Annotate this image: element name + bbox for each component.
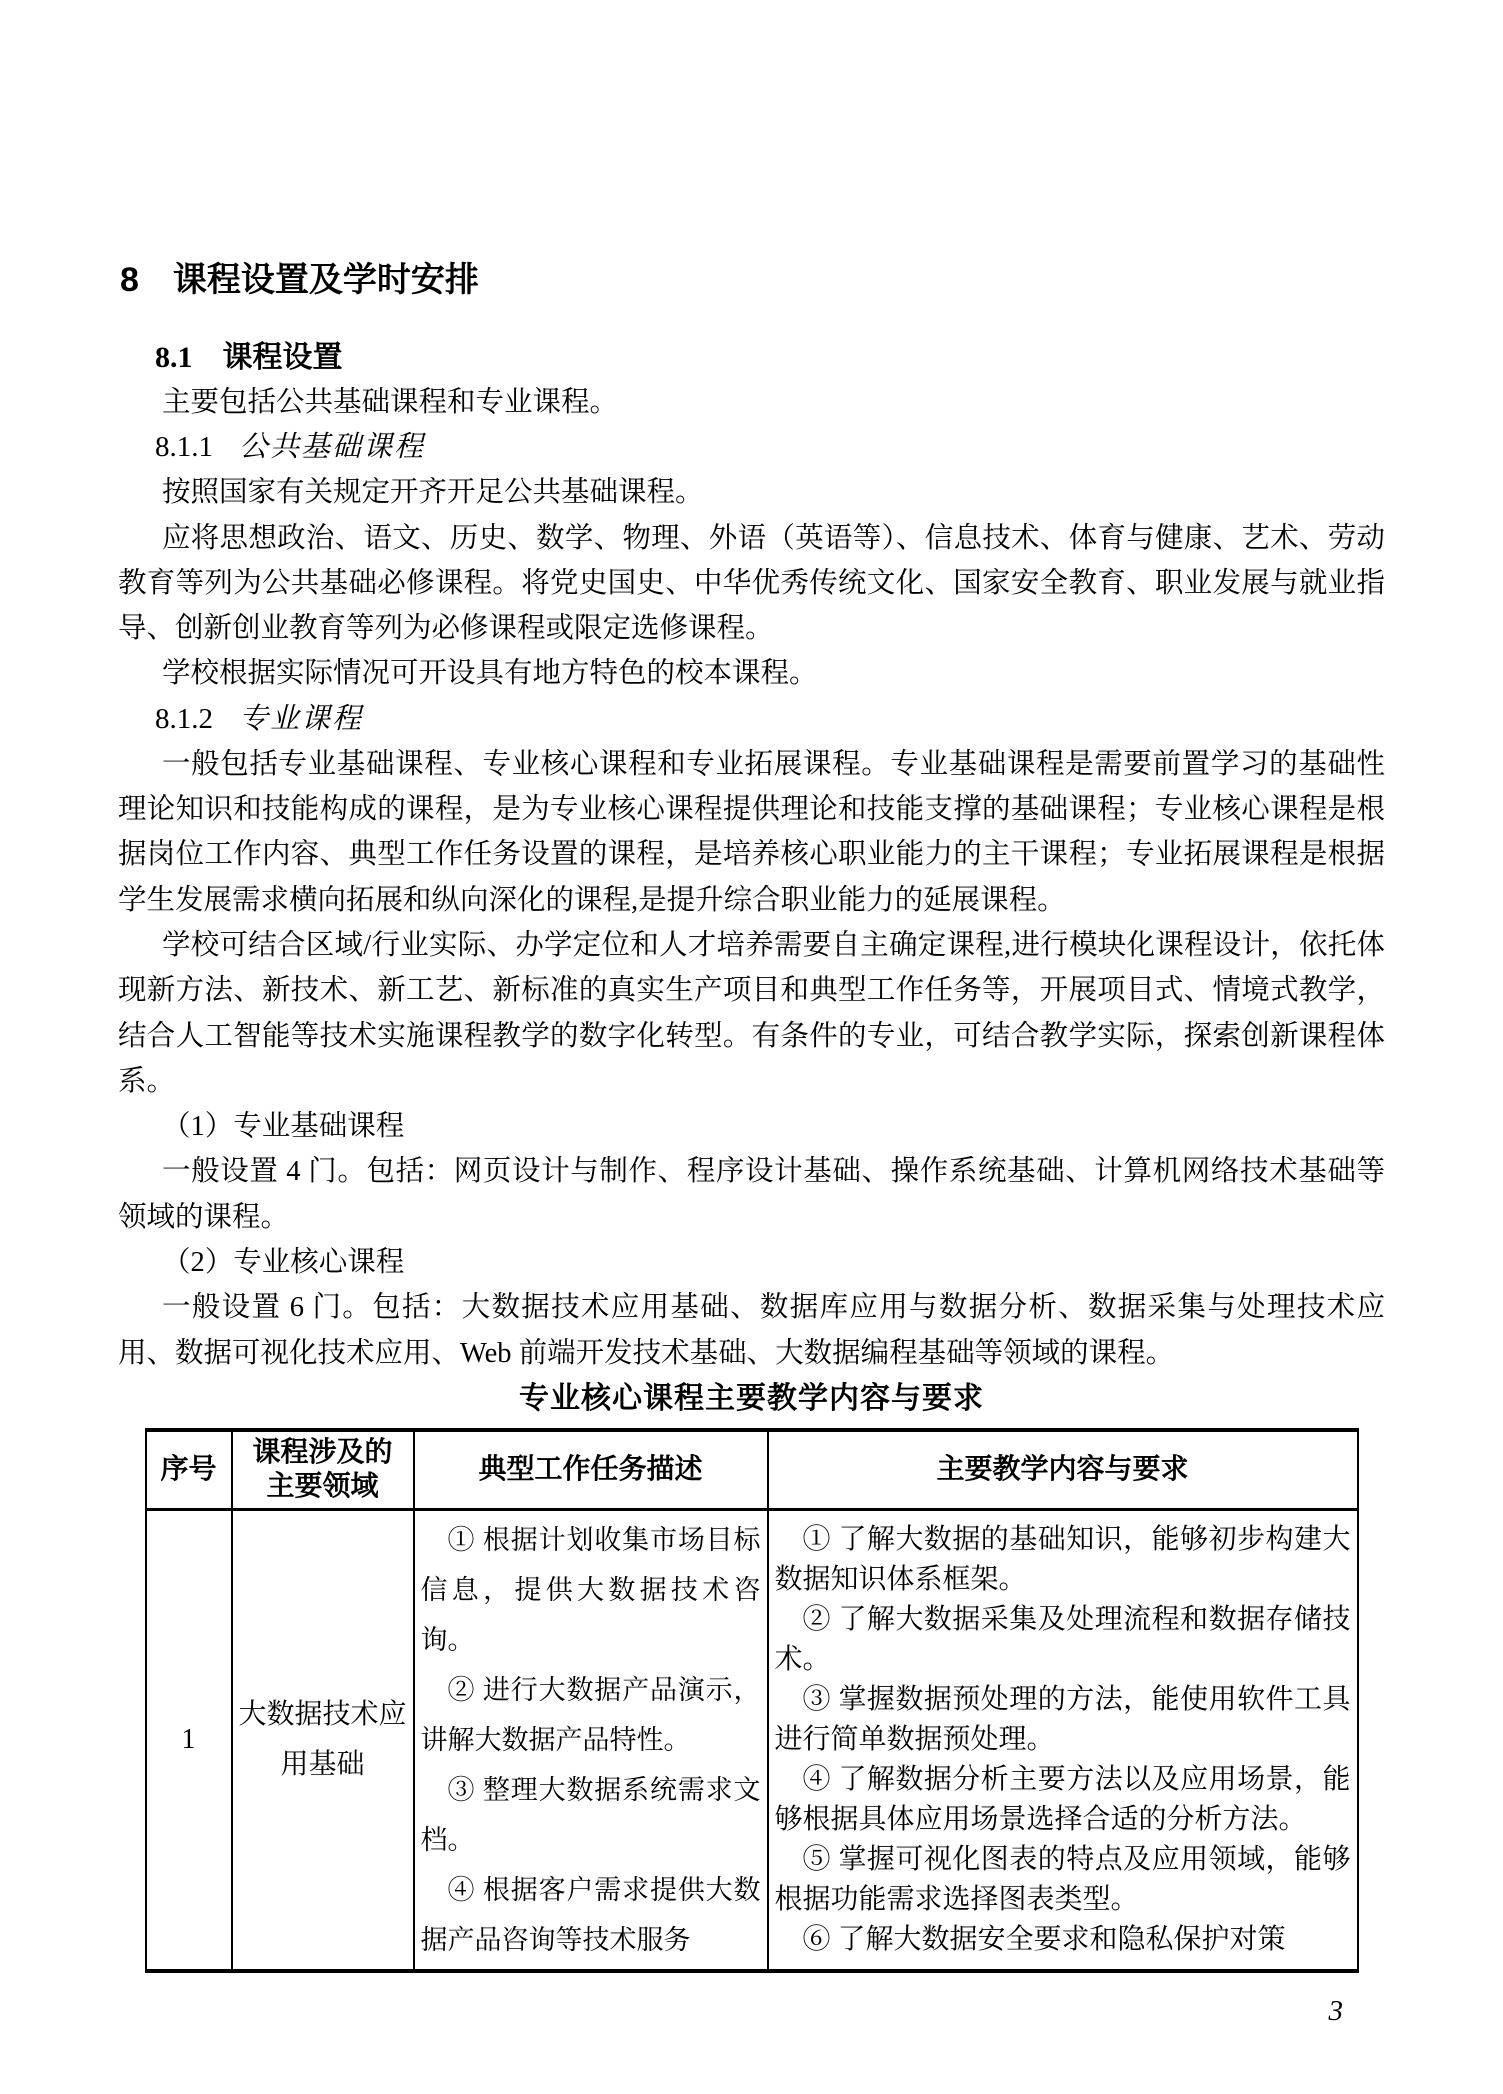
requirement-item: ⑥ 了解大数据安全要求和隐私保护对策 xyxy=(775,1920,1351,1960)
cell-tasks: ① 根据计划收集市场目标信息，提供大数据技术咨询。 ② 进行大数据产品演示，讲解… xyxy=(414,1509,768,1971)
paragraph-public-courses-3: 学校根据实际情况可开设具有地方特色的校本课程。 xyxy=(118,651,1385,696)
list-label-core-courses: （2）专业核心课程 xyxy=(118,1240,1385,1285)
paragraph-core-courses: 一般设置 6 门。包括：大数据技术应用基础、数据库应用与数据分析、数据采集与处理… xyxy=(118,1285,1385,1376)
paragraph-major-courses-2: 学校可结合区域/行业实际、办学定位和人才培养需要自主确定课程,进行模块化课程设计… xyxy=(118,923,1385,1104)
requirement-item: ⑤ 掌握可视化图表的特点及应用领域，能够根据功能需求选择图表类型。 xyxy=(775,1840,1351,1920)
subsection-title: 课程设置 xyxy=(223,341,343,374)
list-label-basic-courses: （1）专业基础课程 xyxy=(118,1104,1385,1149)
subsubsection-title: 公共基础课程 xyxy=(239,431,425,463)
paragraph-basic-courses: 一般设置 4 门。包括：网页设计与制作、程序设计基础、操作系统基础、计算机网络技… xyxy=(118,1149,1385,1240)
table-title: 专业核心课程主要教学内容与要求 xyxy=(118,1378,1385,1420)
cell-domain: 大数据技术应用基础 xyxy=(232,1509,414,1971)
section-heading-8: 8课程设置及学时安排 xyxy=(120,258,1385,302)
header-index: 序号 xyxy=(146,1430,232,1510)
task-item: ② 进行大数据产品演示，讲解大数据产品特性。 xyxy=(421,1665,761,1765)
header-domain-text: 课程涉及的主要领域 xyxy=(251,1436,394,1504)
document-page: 8课程设置及学时安排 8.1课程设置 主要包括公共基础课程和专业课程。 8.1.… xyxy=(0,0,1503,2094)
cell-requirements: ① 了解大数据的基础知识，能够初步构建大数据知识体系框架。 ② 了解大数据采集及… xyxy=(768,1509,1358,1971)
subsection-number: 8.1 xyxy=(155,341,193,374)
header-requirements: 主要教学内容与要求 xyxy=(768,1430,1358,1510)
paragraph-intro: 主要包括公共基础课程和专业课程。 xyxy=(118,380,1385,425)
requirement-item: ③ 掌握数据预处理的方法，能使用软件工具进行简单数据预处理。 xyxy=(775,1680,1351,1760)
header-domain: 课程涉及的主要领域 xyxy=(232,1430,414,1510)
paragraph-public-courses-1: 按照国家有关规定开齐开足公共基础课程。 xyxy=(118,470,1385,515)
subsubsection-number: 8.1.1 xyxy=(155,431,213,463)
requirement-item: ② 了解大数据采集及处理流程和数据存储技术。 xyxy=(775,1600,1351,1680)
cell-index: 1 xyxy=(146,1509,232,1971)
table-header-row: 序号 课程涉及的主要领域 典型工作任务描述 主要教学内容与要求 xyxy=(146,1430,1358,1510)
section-title: 课程设置及学时安排 xyxy=(173,261,479,299)
task-item: ① 根据计划收集市场目标信息，提供大数据技术咨询。 xyxy=(421,1515,761,1665)
subsubsection-title: 专业课程 xyxy=(239,703,363,735)
paragraph-major-courses-1: 一般包括专业基础课程、专业核心课程和专业拓展课程。专业基础课程是需要前置学习的基… xyxy=(118,742,1385,923)
subsection-heading-8-1: 8.1课程设置 xyxy=(118,336,1385,380)
core-courses-table: 序号 课程涉及的主要领域 典型工作任务描述 主要教学内容与要求 1 大数据技术应… xyxy=(145,1428,1359,1973)
section-number: 8 xyxy=(120,261,139,299)
requirement-item: ① 了解大数据的基础知识，能够初步构建大数据知识体系框架。 xyxy=(775,1520,1351,1600)
task-item: ④ 根据客户需求提供大数据产品咨询等技术服务 xyxy=(421,1865,761,1965)
paragraph-public-courses-2: 应将思想政治、语文、历史、数学、物理、外语（英语等）、信息技术、体育与健康、艺术… xyxy=(118,516,1385,652)
subsubsection-heading-8-1-1: 8.1.1公共基础课程 xyxy=(118,425,1385,470)
subsubsection-heading-8-1-2: 8.1.2专业课程 xyxy=(118,697,1385,742)
requirement-item: ④ 了解数据分析主要方法以及应用场景，能够根据具体应用场景选择合适的分析方法。 xyxy=(775,1760,1351,1840)
subsubsection-number: 8.1.2 xyxy=(155,703,213,735)
page-number: 3 xyxy=(118,1991,1343,2031)
table-row: 1 大数据技术应用基础 ① 根据计划收集市场目标信息，提供大数据技术咨询。 ② … xyxy=(146,1509,1358,1971)
header-tasks: 典型工作任务描述 xyxy=(414,1430,768,1510)
task-item: ③ 整理大数据系统需求文档。 xyxy=(421,1765,761,1865)
